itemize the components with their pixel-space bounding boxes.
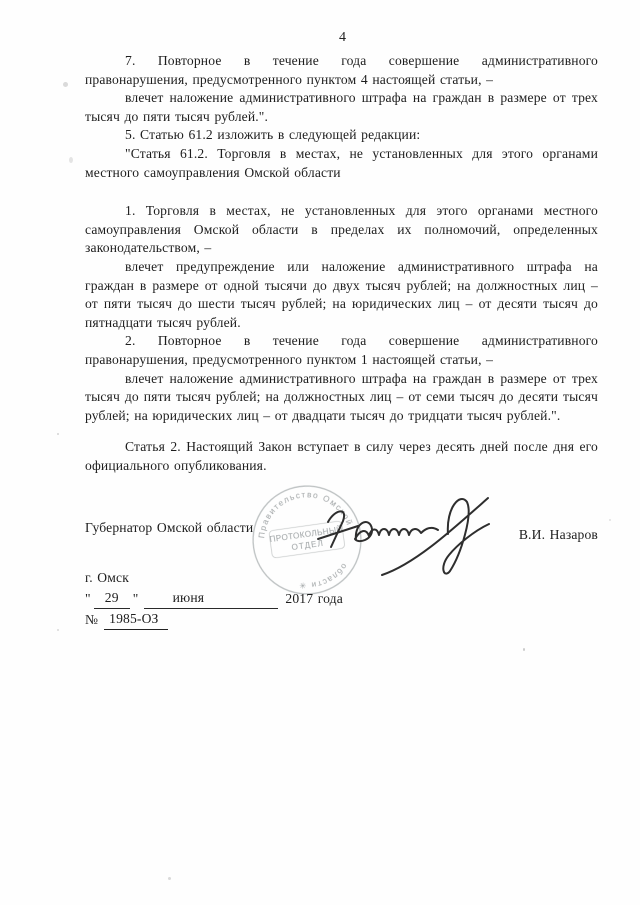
paragraph: "Статья 61.2. Торговля в местах, не уста… — [85, 145, 598, 182]
paragraph: 7. Повторное в течение года совершение а… — [85, 52, 598, 89]
governor-name-label: В.И. Назаров — [519, 526, 598, 545]
open-quote: " — [85, 589, 91, 609]
scan-speck — [57, 433, 59, 435]
signature-stroke — [382, 498, 488, 575]
paragraph: 2. Повторное в течение года совершение а… — [85, 332, 598, 369]
paragraph: 1. Торговля в местах, не установленных д… — [85, 202, 598, 258]
scan-speck — [69, 157, 73, 163]
signature-stroke — [355, 522, 438, 541]
governor-signature — [290, 478, 502, 590]
paragraph: влечет предупреждение или наложение адми… — [85, 258, 598, 332]
signature-stroke — [318, 526, 358, 539]
governor-title-label: Губернатор Омской области — [85, 519, 253, 538]
doc-number-line: № 1985-ОЗ — [85, 609, 598, 630]
scanned-document-page: 4 7. Повторное в течение года совершение… — [0, 0, 640, 905]
doc-number-value: 1985-ОЗ — [104, 609, 168, 630]
page-number: 4 — [85, 30, 600, 46]
signature-stroke — [328, 511, 344, 547]
paragraph: 5. Статью 61.2 изложить в следующей реда… — [85, 126, 598, 145]
scan-speck — [168, 877, 171, 880]
close-quote: " — [133, 589, 139, 609]
scan-speck — [57, 629, 59, 631]
scan-speck — [523, 648, 525, 651]
paragraph: Статья 2. Настоящий Закон вступает в сил… — [85, 438, 598, 475]
number-sign: № — [85, 610, 98, 630]
day-value: 29 — [94, 588, 130, 609]
scan-speck — [63, 82, 68, 87]
paragraph: влечет наложение административного штраф… — [85, 370, 598, 426]
signature-stroke — [443, 499, 489, 574]
scan-speck — [609, 519, 611, 521]
paragraph: влечет наложение административного штраф… — [85, 89, 598, 126]
